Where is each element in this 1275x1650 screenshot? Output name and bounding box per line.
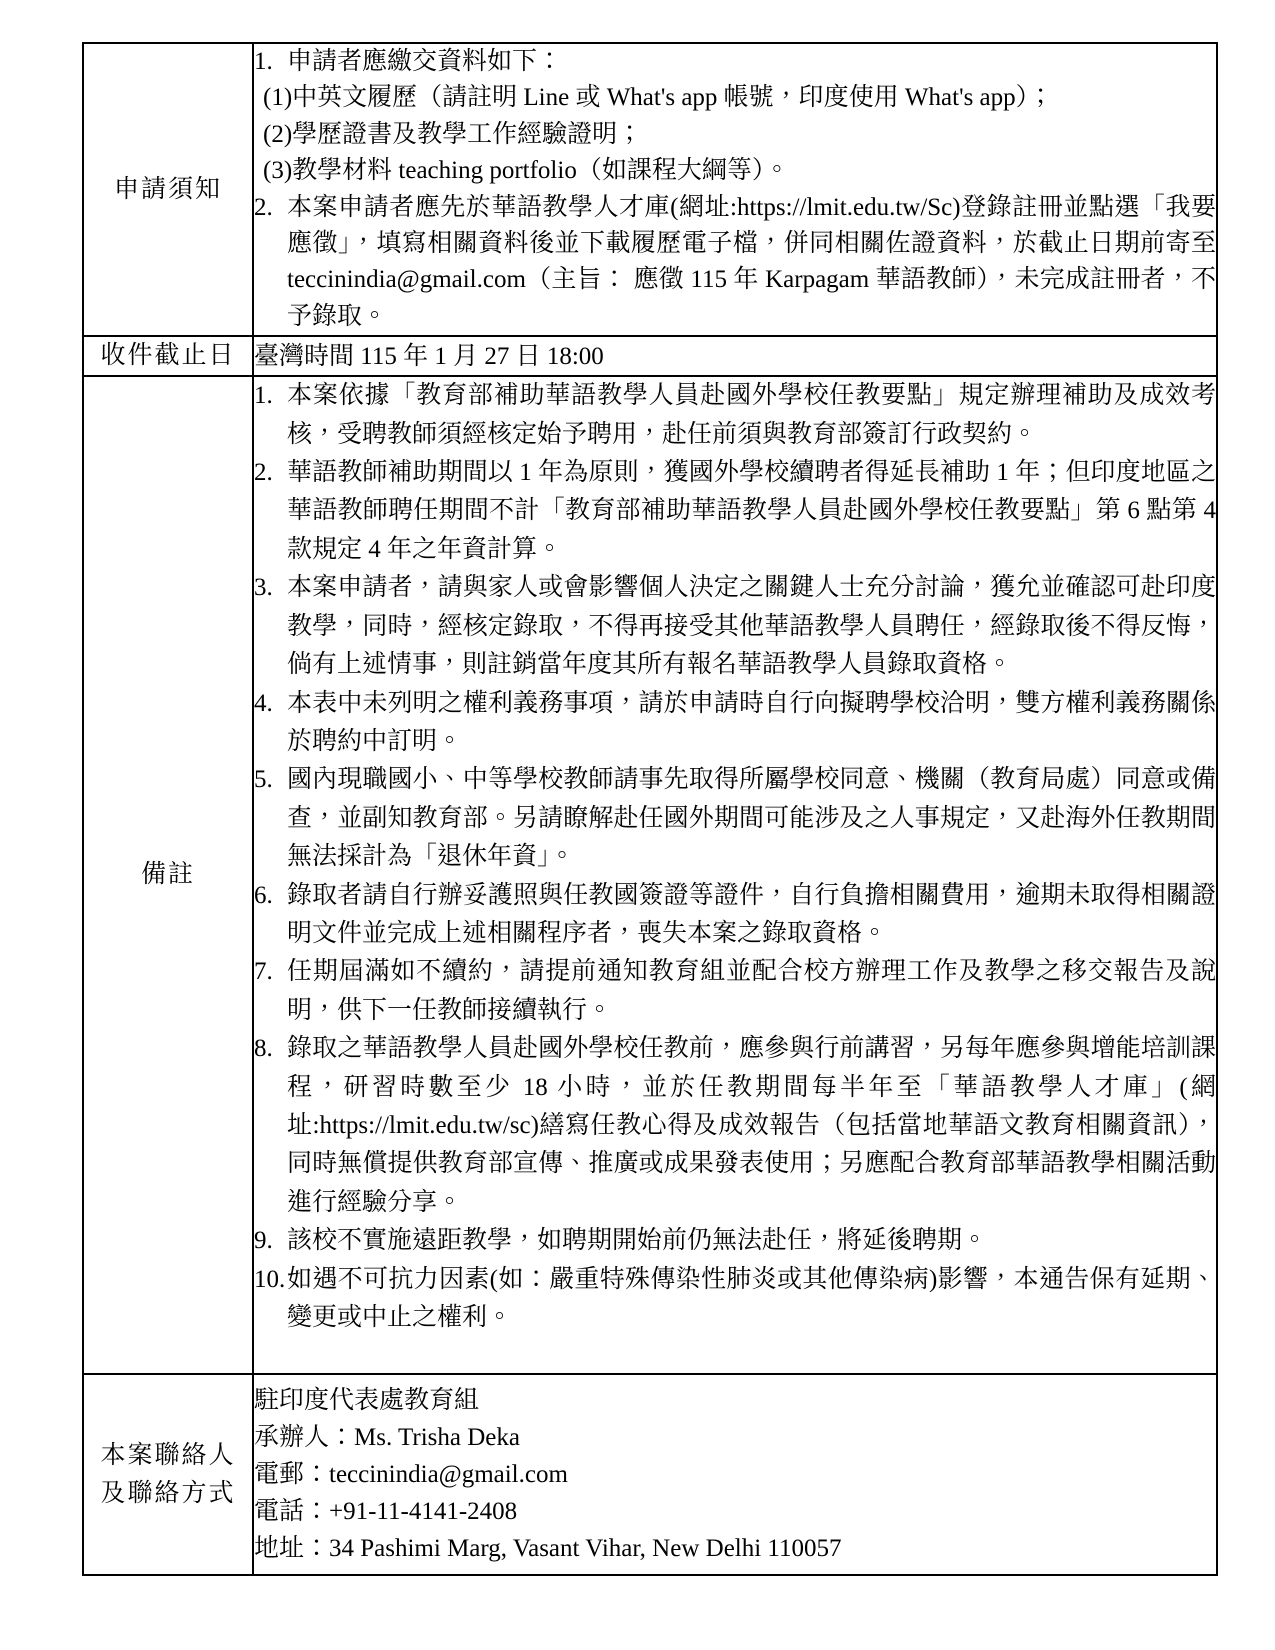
list-item-text: 該校不實施遠距教學，如聘期開始前仍無法赴任，將延後聘期。 xyxy=(287,1227,987,1254)
list-item: 6.錄取者請自行辦妥護照與任教國簽證等證件，自行負擔相關費用，逾期未取得相關證明… xyxy=(254,877,1216,954)
row-label-contact: 本案聯絡人 及聯絡方式 xyxy=(83,1374,253,1575)
list-item: 7.任期屆滿如不續約，請提前通知教育組並配合校方辦理工作及教學之移交報告及說明，… xyxy=(254,953,1216,1030)
list-item-number: 10. xyxy=(254,1261,285,1299)
row-label-application-notes: 申請須知 xyxy=(83,43,253,336)
contact-content: 駐印度代表處教育組 承辦人：Ms. Trisha Deka 電郵：teccini… xyxy=(253,1374,1217,1575)
contact-line-organization: 駐印度代表處教育組 xyxy=(254,1382,1216,1419)
list-item-text: 本案申請者，請與家人或會影響個人決定之關鍵人士充分討論，獲允並確認可赴印度教學，… xyxy=(287,574,1216,678)
application-notes-content: 1.申請者應繳交資料如下： (1)中英文履歷（請註明 Line 或 What's… xyxy=(253,43,1217,336)
list-item-text: 申請者應繳交資料如下： xyxy=(287,48,562,75)
list-item-text: 如遇不可抗力因素(如：嚴重特殊傳染性肺炎或其他傳染病)影響，本通告保有延期、變更… xyxy=(287,1266,1216,1331)
list-item: 5.國內現職國小、中等學校教師請事先取得所屬學校同意、機關（教育局處）同意或備查… xyxy=(254,761,1216,876)
list-item-number: 1. xyxy=(254,44,273,80)
list-item-text: 國內現職國小、中等學校教師請事先取得所屬學校同意、機關（教育局處）同意或備查，並… xyxy=(287,766,1216,870)
list-item-number: 4. xyxy=(254,685,273,723)
document-page: 申請須知 1.申請者應繳交資料如下： (1)中英文履歷（請註明 Line 或 W… xyxy=(0,0,1275,1650)
list-item: 4.本表中未列明之權利義務事項，請於申請時自行向擬聘學校洽明，雙方權利義務關係於… xyxy=(254,685,1216,762)
deadline-text: 臺灣時間 115 年 1 月 27 日 18:00 xyxy=(253,336,1217,376)
table-row-application-notes: 申請須知 1.申請者應繳交資料如下： (1)中英文履歷（請註明 Line 或 W… xyxy=(83,43,1217,336)
list-item: 1.本案依據「教育部補助華語教學人員赴國外學校任教要點」規定辦理補助及成效考核，… xyxy=(254,377,1216,454)
contact-line-email: 電郵：teccinindia@gmail.com xyxy=(254,1456,1216,1493)
list-item-text: 錄取之華語教學人員赴國外學校任教前，應參與行前講習，另每年應參與增能培訓課程，研… xyxy=(287,1035,1216,1216)
list-item-number: 6. xyxy=(254,877,273,915)
list-item-number: 9. xyxy=(254,1222,273,1260)
list-item: 3.本案申請者，請與家人或會影響個人決定之關鍵人士充分討論，獲允並確認可赴印度教… xyxy=(254,569,1216,684)
row-label-deadline: 收件截止日 xyxy=(83,336,253,376)
contact-line-address: 地址：34 Pashimi Marg, Vasant Vihar, New De… xyxy=(254,1530,1216,1567)
row-label-contact-line2: 及聯絡方式 xyxy=(84,1475,252,1513)
sub-list-item: (2)學歷證書及教學工作經驗證明； xyxy=(254,117,1216,153)
sub-list-item: (1)中英文履歷（請註明 Line 或 What's app 帳號，印度使用 W… xyxy=(254,80,1216,116)
list-item-number: 5. xyxy=(254,761,273,799)
row-label-contact-line1: 本案聯絡人 xyxy=(84,1437,252,1475)
list-item: 2.華語教師補助期間以 1 年為原則，獲國外學校續聘者得延長補助 1 年；但印度… xyxy=(254,454,1216,569)
table-row-contact: 本案聯絡人 及聯絡方式 駐印度代表處教育組 承辦人：Ms. Trisha Dek… xyxy=(83,1374,1217,1575)
contact-line-phone: 電話：+91-11-4141-2408 xyxy=(254,1493,1216,1530)
contact-line-person: 承辦人：Ms. Trisha Deka xyxy=(254,1419,1216,1456)
table-row-deadline: 收件截止日 臺灣時間 115 年 1 月 27 日 18:00 xyxy=(83,336,1217,376)
list-item-text: 任期屆滿如不續約，請提前通知教育組並配合校方辦理工作及教學之移交報告及說明，供下… xyxy=(287,958,1216,1023)
list-item-number: 3. xyxy=(254,569,273,607)
list-item: 8.錄取之華語教學人員赴國外學校任教前，應參與行前講習，另每年應參與增能培訓課程… xyxy=(254,1030,1216,1222)
row-label-remarks: 備註 xyxy=(83,376,253,1374)
list-item: 1.申請者應繳交資料如下： xyxy=(254,44,1216,80)
list-item-text: 華語教師補助期間以 1 年為原則，獲國外學校續聘者得延長補助 1 年；但印度地區… xyxy=(287,459,1216,563)
table-row-remarks: 備註 1.本案依據「教育部補助華語教學人員赴國外學校任教要點」規定辦理補助及成效… xyxy=(83,376,1217,1374)
remarks-content: 1.本案依據「教育部補助華語教學人員赴國外學校任教要點」規定辦理補助及成效考核，… xyxy=(253,376,1217,1374)
list-item: 10.如遇不可抗力因素(如：嚴重特殊傳染性肺炎或其他傳染病)影響，本通告保有延期… xyxy=(254,1261,1216,1338)
list-item-number: 2. xyxy=(254,454,273,492)
list-item-number: 8. xyxy=(254,1030,273,1068)
list-item: 2.本案申請者應先於華語教學人才庫(網址:https://lmit.edu.tw… xyxy=(254,190,1216,336)
document-table: 申請須知 1.申請者應繳交資料如下： (1)中英文履歷（請註明 Line 或 W… xyxy=(82,42,1218,1576)
list-item: 9.該校不實施遠距教學，如聘期開始前仍無法赴任，將延後聘期。 xyxy=(254,1222,1216,1260)
list-item-number: 2. xyxy=(254,190,273,226)
list-item-text: 本案依據「教育部補助華語教學人員赴國外學校任教要點」規定辦理補助及成效考核，受聘… xyxy=(287,382,1216,447)
list-item-number: 7. xyxy=(254,953,273,991)
sub-list-item: (3)教學材料 teaching portfolio（如課程大綱等）。 xyxy=(254,153,1216,189)
list-item-text: 本表中未列明之權利義務事項，請於申請時自行向擬聘學校洽明，雙方權利義務關係於聘約… xyxy=(287,690,1216,755)
list-item-number: 1. xyxy=(254,377,273,415)
list-item-text: 本案申請者應先於華語教學人才庫(網址:https://lmit.edu.tw/S… xyxy=(287,194,1216,330)
list-item-text: 錄取者請自行辦妥護照與任教國簽證等證件，自行負擔相關費用，逾期未取得相關證明文件… xyxy=(287,882,1216,947)
